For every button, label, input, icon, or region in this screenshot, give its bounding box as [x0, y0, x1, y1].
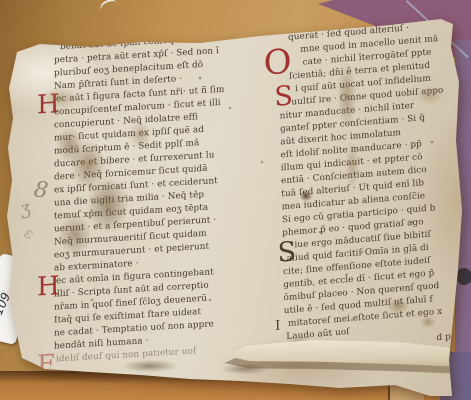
line-text: radidiu	[447, 343, 471, 356]
parchment-leaf: bebāt aūt de ſpali conſequenti eoſpetra …	[0, 0, 471, 400]
right-text-column: querat · ſed quod alteriuſ ·Omne quod in…	[278, 17, 471, 370]
line-text: d per omī	[437, 330, 471, 343]
left-text-column: bebāt aūt de ſpali conſequenti eoſpetra …	[54, 32, 224, 367]
leaf-shadow-wrapper: bebāt aūt de ſpali conſequenti eoſpetra …	[0, 0, 471, 400]
illuminated-initial: F	[37, 351, 55, 378]
pen-trial-doodle: ɛ	[22, 223, 36, 243]
manuscript-photo: 109 bebāt aūt de ſpali conſequenti eoſpe…	[0, 0, 471, 400]
text-block: bebāt aūt de ſpali conſequenti eoſpetra …	[46, 17, 471, 382]
pen-trial-doodle: ʒ	[18, 197, 33, 220]
illuminated-initial: I	[275, 320, 281, 333]
